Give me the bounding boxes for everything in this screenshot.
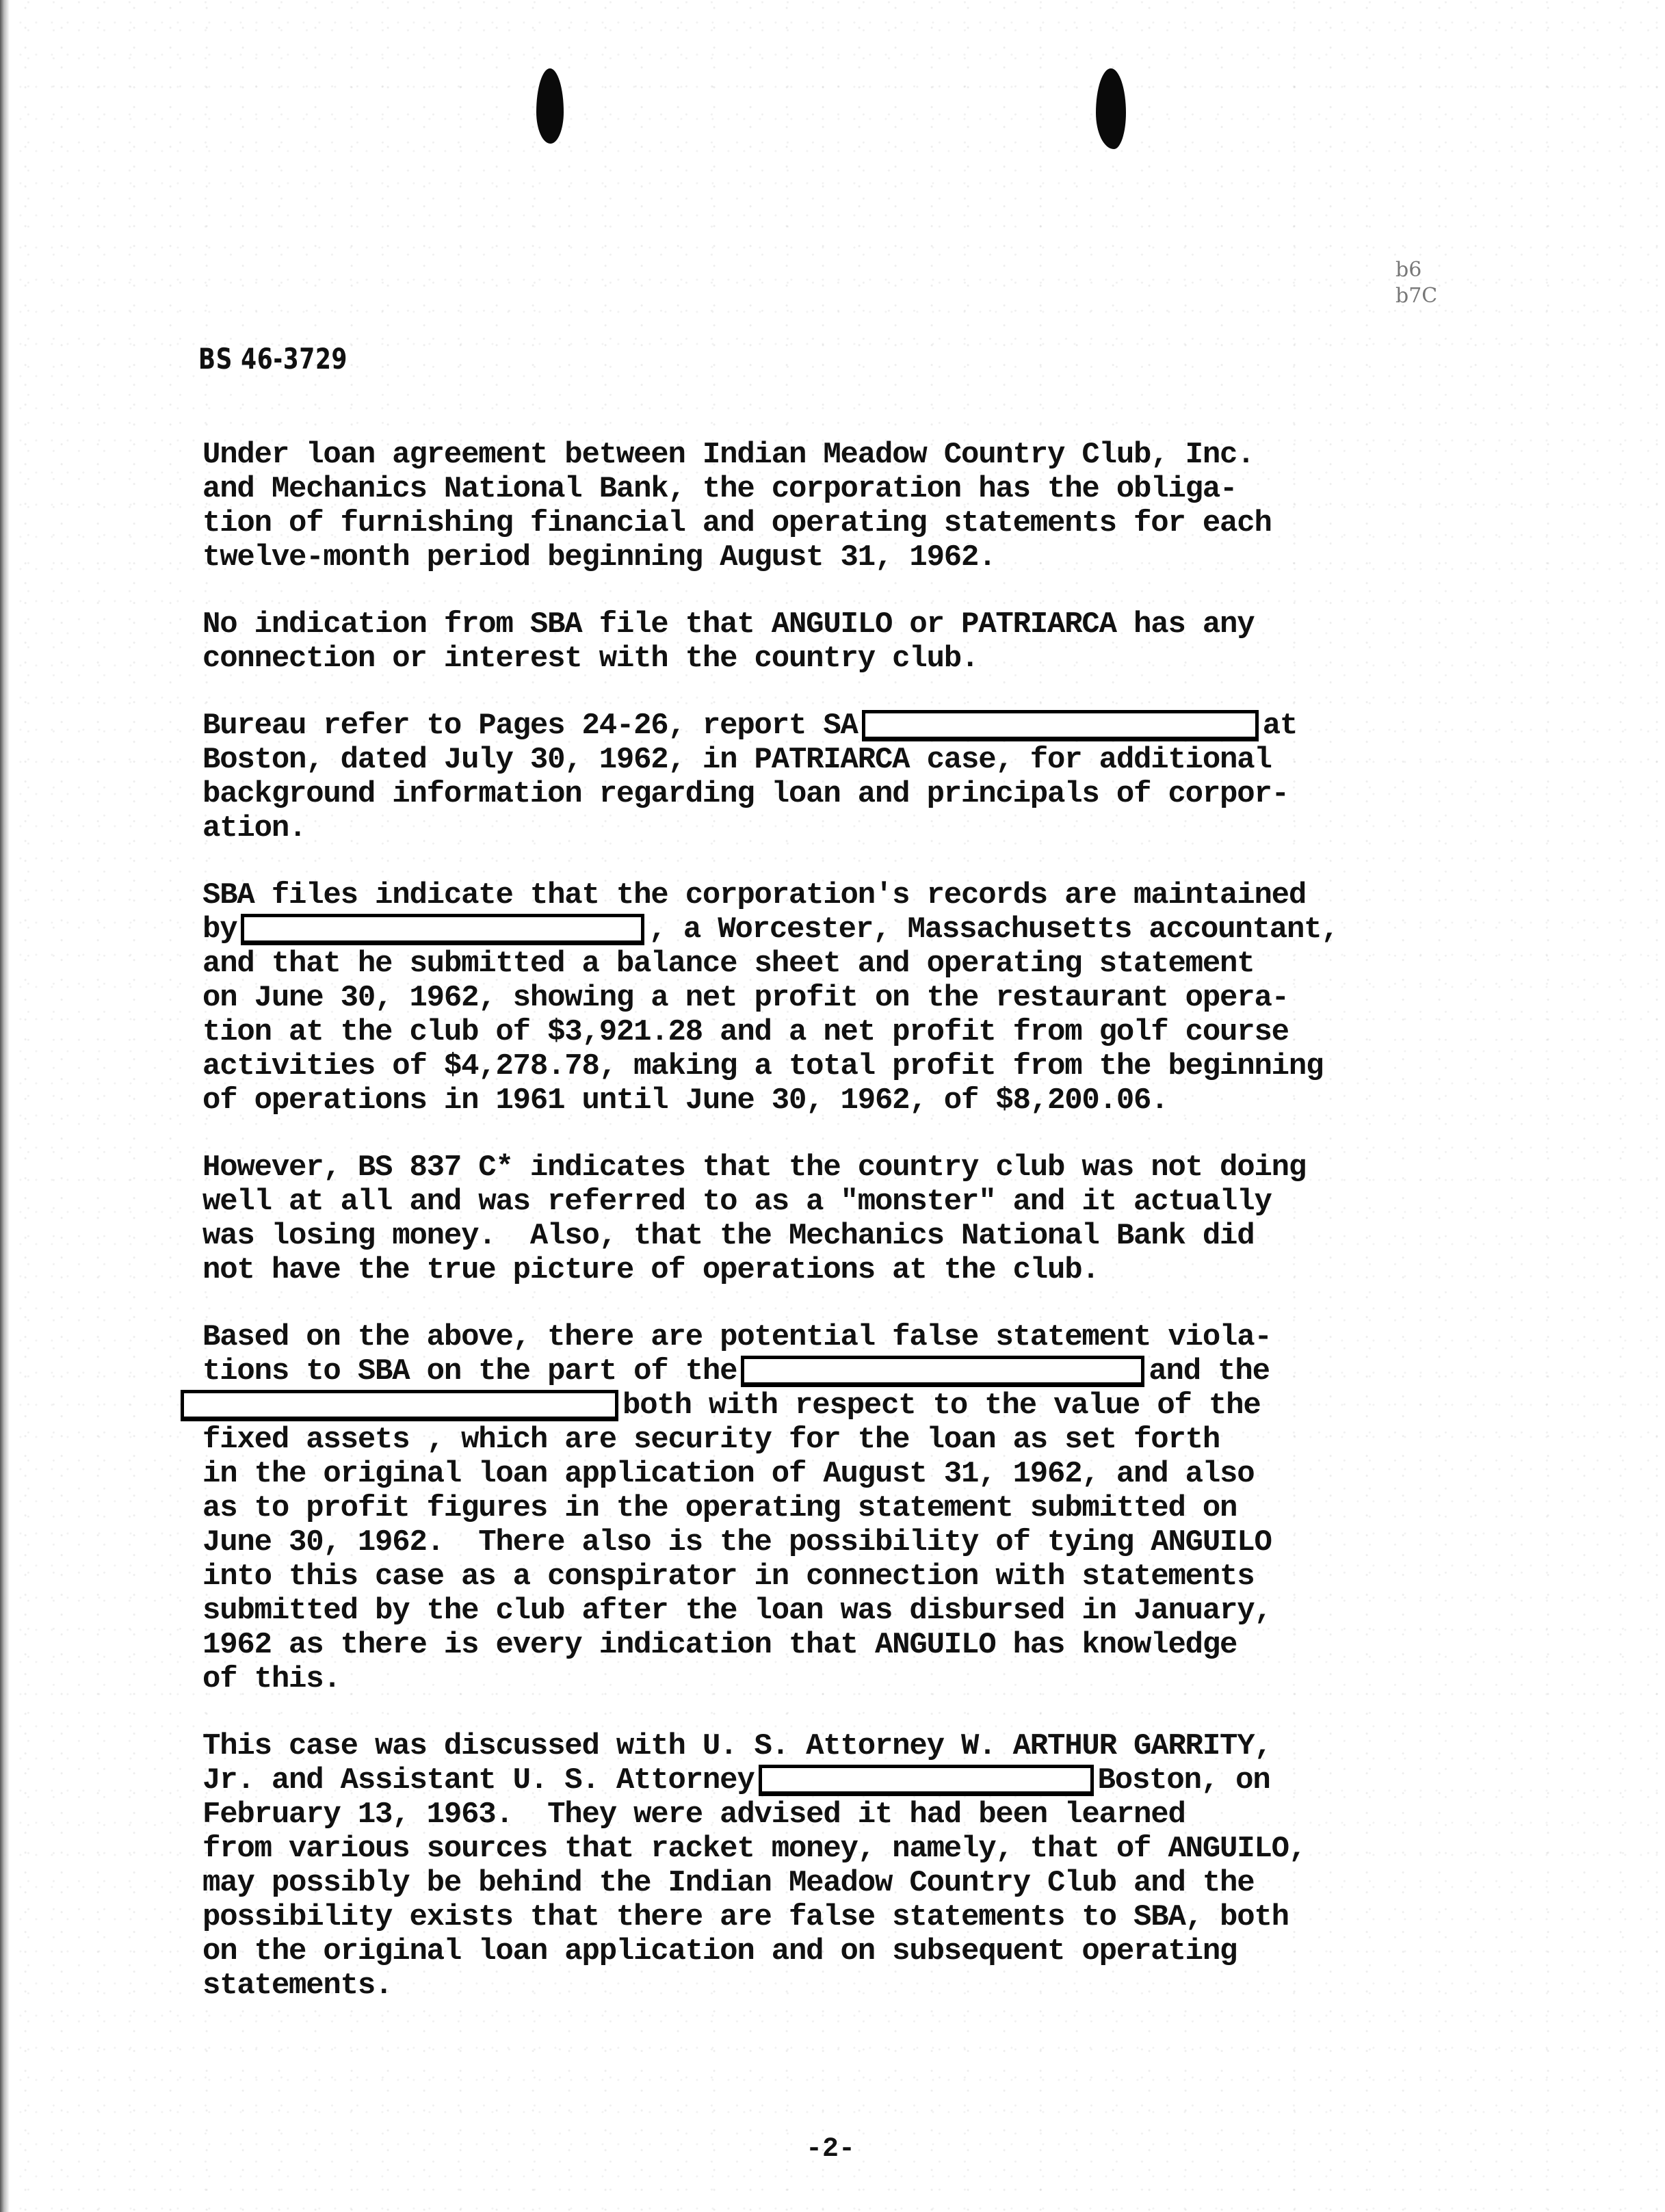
text-line: Under loan agreement between Indian Mead… — [202, 438, 1543, 472]
text-line: on the original loan application and on … — [202, 1934, 1543, 1969]
text-line: into this case as a conspirator in conne… — [202, 1559, 1543, 1594]
line-text: tions to SBA on the part of the — [202, 1354, 737, 1388]
text-line: Jr. and Assistant U. S. AttorneyBoston, … — [202, 1763, 1543, 1798]
line-text: by — [202, 912, 237, 947]
punch-hole-icon — [1096, 68, 1126, 149]
text-line: connection or interest with the country … — [202, 642, 1543, 676]
text-line: from various sources that racket money, … — [202, 1832, 1543, 1866]
text-line: June 30, 1962. There also is the possibi… — [202, 1525, 1543, 1559]
line-text: ation. — [202, 811, 306, 845]
text-line: as to profit figures in the operating st… — [202, 1491, 1543, 1525]
text-line: This case was discussed with U. S. Attor… — [202, 1729, 1543, 1763]
line-text: June 30, 1962. There also is the possibi… — [202, 1525, 1272, 1559]
text-line: Based on the above, there are potential … — [202, 1320, 1543, 1354]
text-line: No indication from SBA file that ANGUILO… — [202, 607, 1543, 642]
text-line: and Mechanics National Bank, the corpora… — [202, 472, 1543, 506]
text-line: activities of $4,278.78, making a total … — [202, 1049, 1543, 1083]
line-text: February 13, 1963. They were advised it … — [202, 1798, 1185, 1832]
text-line: not have the true picture of operations … — [202, 1253, 1543, 1287]
line-text: Boston, on — [1098, 1763, 1270, 1798]
line-text: , a Worcester, Massachusetts accountant, — [648, 912, 1338, 947]
line-text: was losing money. Also, that the Mechani… — [202, 1219, 1254, 1253]
redaction-box — [241, 914, 644, 945]
line-text: from various sources that racket money, … — [202, 1832, 1306, 1866]
text-line: and that he submitted a balance sheet an… — [202, 947, 1543, 981]
paragraph: Based on the above, there are potential … — [202, 1320, 1543, 1696]
line-text: on June 30, 1962, showing a net profit o… — [202, 981, 1289, 1015]
line-text: may possibly be behind the Indian Meadow… — [202, 1866, 1254, 1900]
line-text: Based on the above, there are potential … — [202, 1320, 1272, 1354]
line-text: into this case as a conspirator in conne… — [202, 1559, 1254, 1594]
line-text: fixed assets , which are security for th… — [202, 1423, 1220, 1457]
text-line: both with respect to the value of the — [202, 1388, 1543, 1423]
line-text: activities of $4,278.78, making a total … — [202, 1049, 1323, 1083]
line-text: Under loan agreement between Indian Mead… — [202, 438, 1254, 472]
document-body: Under loan agreement between Indian Mead… — [202, 438, 1543, 2036]
text-line: tion of furnishing financial and operati… — [202, 506, 1543, 540]
punch-hole-icon — [536, 68, 564, 144]
line-text: and the — [1149, 1354, 1269, 1388]
line-text: Jr. and Assistant U. S. Attorney — [202, 1763, 755, 1798]
paragraph: However, BS 837 C* indicates that the co… — [202, 1150, 1543, 1287]
line-text: background information regarding loan an… — [202, 777, 1289, 811]
foia-exemption-codes: b6 b7C — [1395, 257, 1437, 309]
text-line: tions to SBA on the part of theand the — [202, 1354, 1543, 1388]
text-line: statements. — [202, 1969, 1543, 2003]
line-text: and Mechanics National Bank, the corpora… — [202, 472, 1237, 506]
text-line: submitted by the club after the loan was… — [202, 1594, 1543, 1628]
line-text: submitted by the club after the loan was… — [202, 1594, 1272, 1628]
document-page: b6 b7C BS 46-3729 Under loan agreement b… — [0, 0, 1665, 2212]
redaction-box — [741, 1356, 1144, 1387]
text-line: of this. — [202, 1662, 1543, 1696]
text-line: on June 30, 1962, showing a net profit o… — [202, 981, 1543, 1015]
paragraph: Under loan agreement between Indian Mead… — [202, 438, 1543, 575]
text-line: well at all and was referred to as a "mo… — [202, 1185, 1543, 1219]
paragraph: Bureau refer to Pages 24-26, report SAat… — [202, 709, 1543, 845]
text-line: fixed assets , which are security for th… — [202, 1423, 1543, 1457]
text-line: of operations in 1961 until June 30, 196… — [202, 1083, 1543, 1118]
text-line: background information regarding loan an… — [202, 777, 1543, 811]
paragraph: This case was discussed with U. S. Attor… — [202, 1729, 1543, 2003]
line-text: at — [1263, 709, 1297, 743]
line-text: as to profit figures in the operating st… — [202, 1491, 1237, 1525]
paragraph: SBA files indicate that the corporation'… — [202, 878, 1543, 1118]
text-line: ation. — [202, 811, 1543, 845]
text-line: tion at the club of $3,921.28 and a net … — [202, 1015, 1543, 1049]
line-text: Bureau refer to Pages 24-26, report SA — [202, 709, 858, 743]
text-line: may possibly be behind the Indian Meadow… — [202, 1866, 1543, 1900]
line-text: SBA files indicate that the corporation'… — [202, 878, 1306, 912]
text-line: possibility exists that there are false … — [202, 1900, 1543, 1934]
line-text: not have the true picture of operations … — [202, 1253, 1099, 1287]
redaction-box — [759, 1765, 1094, 1796]
text-line: twelve-month period beginning August 31,… — [202, 540, 1543, 575]
text-line: in the original loan application of Augu… — [202, 1457, 1543, 1491]
exemption-code: b6 — [1395, 257, 1437, 283]
line-text: statements. — [202, 1969, 392, 2003]
line-text: on the original loan application and on … — [202, 1934, 1237, 1969]
text-line: SBA files indicate that the corporation'… — [202, 878, 1543, 912]
page-number: -2- — [806, 2134, 855, 2165]
redaction-box — [181, 1390, 618, 1421]
text-line: Boston, dated July 30, 1962, in PATRIARC… — [202, 743, 1543, 777]
line-text: well at all and was referred to as a "mo… — [202, 1185, 1272, 1219]
line-text: 1962 as there is every indication that A… — [202, 1628, 1237, 1662]
text-line: Bureau refer to Pages 24-26, report SAat — [202, 709, 1543, 743]
line-text: and that he submitted a balance sheet an… — [202, 947, 1254, 981]
line-text: possibility exists that there are false … — [202, 1900, 1289, 1934]
line-text: both with respect to the value of the — [622, 1388, 1261, 1423]
line-text: This case was discussed with U. S. Attor… — [202, 1729, 1272, 1763]
text-line: However, BS 837 C* indicates that the co… — [202, 1150, 1543, 1185]
line-text: twelve-month period beginning August 31,… — [202, 540, 995, 575]
paragraph: No indication from SBA file that ANGUILO… — [202, 607, 1543, 676]
line-text: connection or interest with the country … — [202, 642, 978, 676]
line-text: of this. — [202, 1662, 341, 1696]
text-line: February 13, 1963. They were advised it … — [202, 1798, 1543, 1832]
redaction-box — [862, 710, 1259, 741]
text-line: 1962 as there is every indication that A… — [202, 1628, 1543, 1662]
file-number: BS 46-3729 — [198, 342, 348, 376]
line-text: Boston, dated July 30, 1962, in PATRIARC… — [202, 743, 1272, 777]
exemption-code: b7C — [1395, 283, 1437, 309]
line-text: No indication from SBA file that ANGUILO… — [202, 607, 1254, 642]
line-text: tion of furnishing financial and operati… — [202, 506, 1272, 540]
line-text: in the original loan application of Augu… — [202, 1457, 1254, 1491]
line-text: of operations in 1961 until June 30, 196… — [202, 1083, 1168, 1118]
text-line: by, a Worcester, Massachusetts accountan… — [202, 912, 1543, 947]
text-line: was losing money. Also, that the Mechani… — [202, 1219, 1543, 1253]
scan-edge-shadow — [0, 0, 10, 2212]
line-text: tion at the club of $3,921.28 and a net … — [202, 1015, 1289, 1049]
line-text: However, BS 837 C* indicates that the co… — [202, 1150, 1306, 1185]
